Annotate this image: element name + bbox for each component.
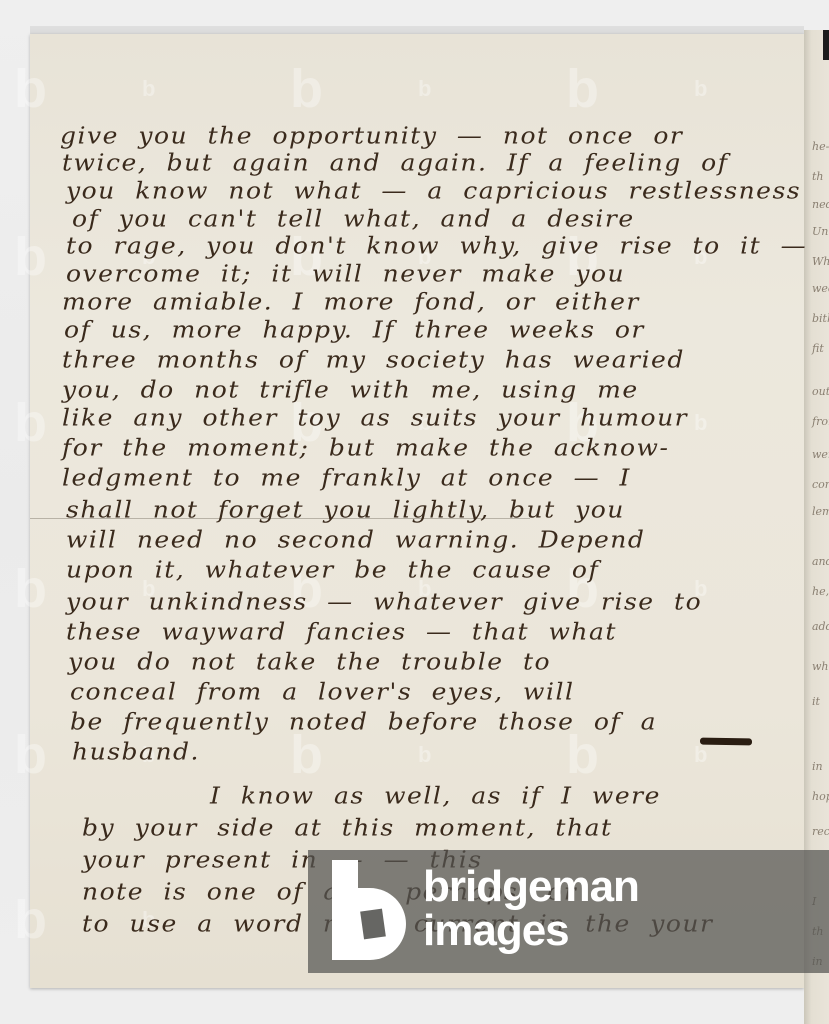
- adjacent-fragment: whe: [812, 660, 829, 673]
- brand-line-2: images: [423, 909, 639, 953]
- adjacent-fragment: he,: [812, 585, 829, 598]
- letter-line: by your side at this moment, that: [82, 813, 613, 841]
- letter-line: conceal from a lover's eyes, will: [70, 677, 574, 705]
- adjacent-fragment: lem: [812, 505, 829, 518]
- letter-line: you do not take the trouble to: [68, 647, 551, 675]
- adjacent-fragment: and: [812, 555, 829, 568]
- letter-line: of us, more happy. If three weeks or: [64, 315, 645, 343]
- adjacent-fragment: hop: [812, 790, 829, 803]
- adjacent-fragment: in: [812, 760, 823, 773]
- adjacent-fragment: from: [812, 415, 829, 428]
- adjacent-fragment: out: [812, 385, 829, 398]
- letter-line: to rage, you don't know why, give rise t…: [66, 231, 807, 259]
- letter-line: like any other toy as suits your humour: [62, 403, 688, 431]
- bridgeman-watermark-banner: bridgeman images: [308, 850, 829, 973]
- letter-line: your unkindness — whatever give rise to: [66, 587, 702, 615]
- letter-line: upon it, whatever be the cause of: [66, 555, 599, 583]
- letter-line: I know as well, as if I were: [210, 781, 661, 809]
- letter-line: overcome it; it will never make you: [66, 259, 625, 287]
- letter-line: you know not what — a capricious restles…: [66, 176, 801, 204]
- letter-line: of you can't tell what, and a desire: [72, 204, 635, 232]
- letter-line: these wayward fancies — that what: [66, 617, 617, 645]
- adjacent-fragment: he-: [812, 140, 829, 153]
- bridgeman-b-logo-icon: [332, 860, 408, 960]
- adjacent-fragment: it: [812, 695, 820, 708]
- letter-line: twice, but again and again. If a feeling…: [62, 148, 728, 176]
- letter-line: for the moment; but make the acknow-: [62, 433, 669, 461]
- letter-line: be frequently noted before those of a: [70, 707, 657, 735]
- brand-line-1: bridgeman: [423, 865, 639, 909]
- adjacent-fragment: ned: [812, 198, 829, 211]
- adjacent-fragment: bithe: [812, 312, 829, 325]
- adjacent-fragment: add: [812, 620, 829, 633]
- adjacent-fragment: were: [812, 448, 829, 461]
- letter-line: more amiable. I more fond, or either: [62, 287, 640, 315]
- letter-line: husband.: [72, 737, 200, 765]
- adjacent-fragment: Wh: [812, 255, 829, 268]
- adjacent-fragment: Unto: [812, 225, 829, 238]
- adjacent-fragment: wee: [812, 282, 829, 295]
- letter-line: you, do not trifle with me, using me: [62, 375, 639, 403]
- letter-line: ledgment to me frankly at once — I: [62, 463, 631, 491]
- adjacent-fragment: rec: [812, 825, 829, 838]
- adjacent-fragment: th: [812, 170, 824, 183]
- letter-line: shall not forget you lightly, but you: [66, 495, 625, 523]
- adjacent-fragment: com: [812, 478, 829, 491]
- letter-line: will need no second warning. Depend: [66, 525, 645, 553]
- binding-shadow: [823, 30, 829, 60]
- letter-line: three months of my society has wearied: [62, 345, 685, 373]
- bridgeman-logo-text: bridgeman images: [423, 865, 639, 953]
- adjacent-fragment: fit: [812, 342, 824, 355]
- ink-strikeout: [700, 738, 752, 746]
- letter-line: give you the opportunity — not once or: [60, 121, 683, 149]
